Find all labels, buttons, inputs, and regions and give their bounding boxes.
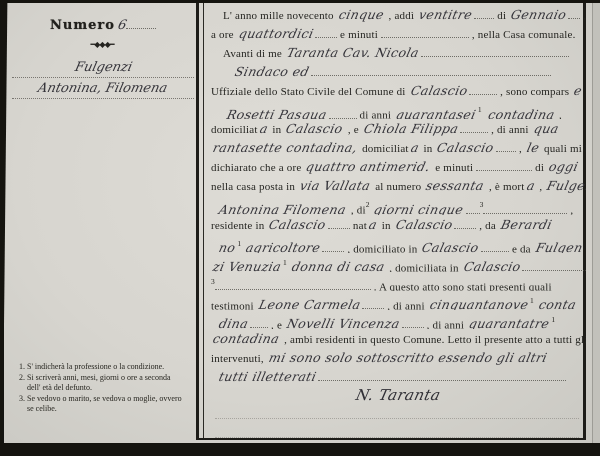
- handwritten-text: Fulgenzi: [543, 176, 586, 195]
- act-text-line: Antonina Filomena , di2 giorni cinque3 ,: [211, 195, 586, 214]
- margin-name-line: Antonina, Filomena: [12, 79, 194, 99]
- act-text-line: Rosetti Pasqua di anni quarantasei1 cont…: [211, 100, 586, 119]
- handwritten-text: dina: [215, 314, 253, 329]
- act-text-line: 3 . A questo atto sono stati presenti qu…: [211, 272, 586, 291]
- divider-ornament-icon: ━◆◆◆━: [4, 40, 200, 49]
- printed-text: e da: [509, 243, 534, 253]
- handwritten-text: Calascio: [418, 238, 483, 253]
- printed-text: Avanti di me: [223, 48, 285, 60]
- handwritten-text: Rosetti Pasqua: [223, 105, 331, 120]
- handwritten-text: quattro antimerid.: [302, 157, 435, 176]
- photo-edge-bottom: [0, 443, 600, 456]
- handwritten-text: donna di casa: [287, 257, 388, 272]
- printed-text: , nella Casa comunale.: [469, 29, 576, 41]
- handwritten-text: contadina: [211, 329, 283, 348]
- main-column: L' anno mille novecento cinque , addì ve…: [211, 5, 586, 443]
- handwritten-text: zi Venuzia: [211, 257, 285, 272]
- printed-text: dichiarato che a ore: [211, 162, 304, 174]
- act-text-line: Sindaco ed: [211, 62, 586, 81]
- printed-text: , è mort: [486, 181, 524, 193]
- handwritten-text: Sindaco ed: [231, 62, 314, 81]
- footnote-2: 2.Si scriverà anni, mesi, giorni o ore a…: [15, 373, 183, 394]
- handwritten-text: qua: [529, 119, 562, 138]
- handwritten-text: cinque: [334, 5, 388, 24]
- printed-text: , domiciliata in: [386, 262, 461, 272]
- printed-text: nat: [350, 220, 367, 232]
- blank-fill-line: [483, 202, 567, 214]
- printed-text: , da: [476, 220, 499, 232]
- blank-fill-line: [250, 316, 268, 328]
- printed-text: ,: [567, 205, 573, 215]
- handwritten-text: Taranta Cav. Nicola: [283, 43, 423, 62]
- printed-text: nella casa posta in: [211, 181, 298, 193]
- act-text-line: residente in Calascio nata in Calascio ,…: [211, 215, 586, 234]
- handwritten-text: Leone Carmela: [254, 295, 364, 310]
- printed-text: e minuti: [432, 162, 476, 174]
- blank-ruled-line: [215, 407, 579, 419]
- printed-text: intervenuti,: [211, 353, 267, 365]
- printed-text: , domiciliato in: [344, 243, 420, 253]
- blank-fill-line: [362, 297, 384, 309]
- blank-fill-line: [476, 159, 532, 171]
- printed-text: , di anni: [488, 124, 531, 136]
- blank-fill-line: [318, 369, 566, 381]
- blank-fill-line: [522, 259, 586, 271]
- blank-fill-line: [402, 316, 424, 328]
- footnote-text: S' indicherà la professione o la condizi…: [27, 362, 164, 373]
- handwritten-text: agricoltore: [242, 238, 325, 253]
- blank-fill-line: [215, 278, 371, 290]
- act-text-line: a ore quattordici e minuti , nella Casa …: [211, 24, 586, 43]
- handwritten-text: Berardi: [497, 215, 556, 234]
- handwritten-text: no: [215, 238, 240, 253]
- act-text-line: testimoni Leone Carmela , di anni cinqua…: [211, 291, 586, 310]
- handwritten-text: Chiola Filippa: [360, 119, 463, 138]
- act-text-line: rantasette contadina, domiciliata in Cal…: [211, 138, 586, 157]
- handwritten-text: ventitre: [415, 5, 477, 24]
- left-double-rule-thin: [203, 3, 204, 440]
- act-text-line: [211, 405, 586, 424]
- printed-text: in: [379, 220, 394, 232]
- act-text-line: [211, 424, 586, 443]
- blank-fill-line: [311, 64, 551, 76]
- printed-text: , e: [268, 319, 285, 329]
- deceased-given-names: Antonina, Filomena: [36, 79, 169, 98]
- handwritten-text: Calascio: [459, 257, 524, 272]
- blank-fill-line: [329, 107, 357, 119]
- act-text-line: zi Venuzia1 donna di casa , domiciliata …: [211, 253, 586, 272]
- act-text-line: dina , e Novelli Vincenza , di anni quar…: [211, 310, 586, 329]
- printed-text: al numero: [372, 181, 424, 193]
- act-text-line: domiciliata in Calascio , e Chiola Filip…: [211, 119, 586, 138]
- photo-edge-top: [0, 0, 600, 3]
- printed-text: residente in: [211, 220, 267, 232]
- numero-fill-line: [126, 17, 156, 29]
- footnote-text: Se vedovo o marito, se vedova o moglie, …: [27, 394, 183, 415]
- handwritten-text: Gennaio: [507, 5, 571, 24]
- footnotes: 1.S' indicherà la professione o la condi…: [15, 362, 183, 415]
- printed-text: , di anni: [384, 300, 427, 310]
- act-text-line: no1 agricoltore , domiciliato in Calasci…: [211, 234, 586, 253]
- printed-text: L' anno mille novecento: [223, 10, 337, 22]
- handwritten-text: contadina: [479, 105, 558, 120]
- printed-text: , di: [348, 205, 366, 215]
- act-text-line: L' anno mille novecento cinque , addì ve…: [211, 5, 586, 24]
- handwritten-text: Fulgen: [531, 238, 586, 253]
- printed-text: Uffiziale dello Stato Civile del Comune …: [211, 86, 409, 98]
- blank-fill-line: [454, 217, 476, 229]
- footnote-number: 1.: [15, 362, 25, 373]
- printed-text: , e: [345, 124, 362, 136]
- handwritten-text: Antonina Filomena: [215, 200, 351, 215]
- blank-fill-line: [460, 121, 488, 133]
- handwritten-text: Calascio: [391, 215, 456, 234]
- act-text-line: dichiarato che a ore quattro antimerid. …: [211, 157, 586, 176]
- handwritten-text: mi sono solo sottoscritto essendo gli al…: [264, 348, 551, 367]
- printed-text: quali mi hanno: [541, 143, 586, 155]
- printed-text: di anni: [357, 110, 395, 120]
- printed-text: domiciliat: [211, 124, 258, 136]
- act-text-line: Avanti di me Taranta Cav. Nicola: [211, 43, 586, 62]
- blank-fill-line: [315, 26, 337, 38]
- printed-text: , sono compars: [497, 86, 572, 98]
- left-double-rule-thick: [196, 3, 199, 440]
- blank-fill-line: [421, 45, 569, 57]
- register-page: Numero 6 ━◆◆◆━ Fulgenzi Antonina, Filome…: [4, 2, 600, 444]
- handwritten-text: quattordici: [234, 24, 317, 43]
- handwritten-text: Calascio: [265, 215, 330, 234]
- blank-fill-line: [381, 26, 469, 38]
- blank-fill-line: [469, 83, 497, 95]
- numero-row: Numero 6: [50, 16, 156, 34]
- handwritten-text: quarantatre: [465, 314, 554, 329]
- margin-name-line: Fulgenzi: [12, 58, 194, 78]
- handwritten-text: via Vallata: [296, 176, 375, 195]
- blank-fill-line: [496, 140, 516, 152]
- printed-text: . A questo atto sono stati presenti qual…: [371, 281, 552, 291]
- handwritten-text: Calascio: [433, 138, 498, 157]
- handwritten-text: quarantasei: [392, 105, 480, 120]
- page-gutter: [592, 3, 600, 443]
- printed-text: , di anni: [424, 319, 467, 329]
- handwritten-text: Calascio: [406, 81, 471, 100]
- handwritten-text: N. Taranta: [352, 386, 445, 405]
- printed-text: ,: [580, 10, 586, 22]
- handwritten-text: conta: [534, 295, 580, 310]
- act-text-line: tutti illetterati: [211, 367, 586, 386]
- deceased-surname: Fulgenzi: [72, 58, 133, 77]
- act-text-line: nella casa posta in via Vallata al numer…: [211, 176, 586, 195]
- printed-text: domiciliat: [359, 143, 409, 155]
- handwritten-text: rantasette contadina,: [211, 138, 361, 157]
- footnote-text: Si scriverà anni, mesi, giorni o ore a s…: [27, 373, 183, 394]
- blank-fill-line: [328, 217, 350, 229]
- act-text-line: contadina , ambi residenti in questo Com…: [211, 329, 586, 348]
- handwritten-text: giorni cinque: [370, 200, 468, 215]
- numero-label: Numero: [50, 18, 115, 33]
- blank-fill-line: [466, 202, 480, 214]
- handwritten-text: Calascio: [282, 119, 347, 138]
- handwritten-text: oggi: [545, 157, 583, 176]
- handwritten-text: cinquantanove: [425, 295, 532, 310]
- blank-fill-line: [474, 7, 494, 19]
- official-signature: N. Taranta: [211, 386, 586, 405]
- act-text-line: intervenuti, mi sono solo sottoscritto e…: [211, 348, 586, 367]
- footnote-number: 2.: [15, 373, 25, 394]
- printed-text: e minuti: [337, 29, 381, 41]
- blank-fill-line: [568, 7, 580, 19]
- printed-text: , ambi residenti in questo Comune. Letto…: [281, 334, 586, 346]
- footnote-3: 3.Se vedovo o marito, se vedova o moglie…: [15, 394, 183, 415]
- printed-text: , addì: [386, 10, 418, 22]
- handwritten-text: tutti illetterati: [215, 367, 321, 386]
- act-text-line: Uffiziale dello Stato Civile del Comune …: [211, 81, 586, 100]
- footnote-1: 1.S' indicherà la professione o la condi…: [15, 362, 183, 373]
- handwritten-text: sessanta: [422, 176, 488, 195]
- footnote-number: 3.: [15, 394, 25, 415]
- blank-fill-line: [481, 240, 509, 252]
- printed-text: a ore: [211, 29, 237, 41]
- printed-text: testimoni: [211, 300, 257, 310]
- handwritten-text: Novelli Vincenza: [283, 314, 404, 329]
- blank-fill-line: [322, 240, 344, 252]
- blank-ruled-line: [215, 426, 579, 438]
